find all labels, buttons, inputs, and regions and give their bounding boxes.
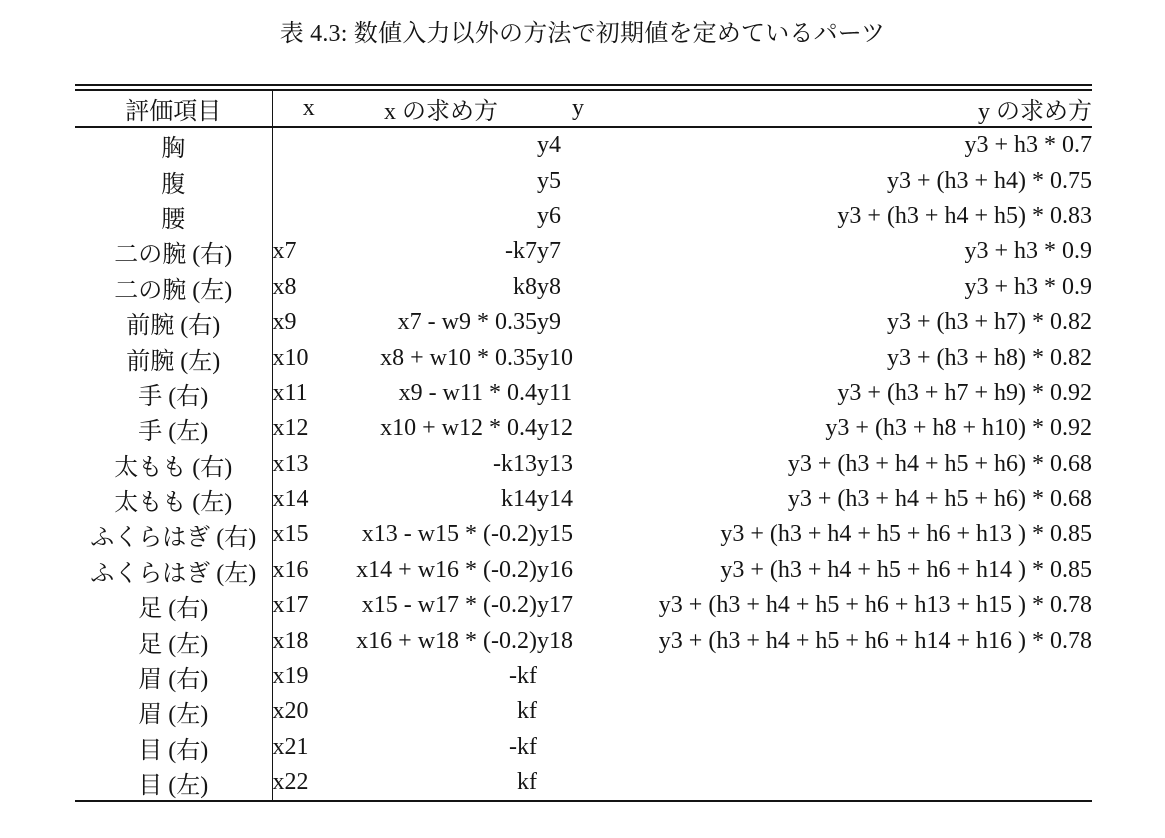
cell-x: x9	[272, 305, 345, 340]
cell-x-method	[345, 163, 537, 198]
table-row: 足 (右) x17 x15 - w17 * (-0.2) y17 y3 + (h…	[75, 588, 1092, 623]
cell-x: x17	[272, 588, 345, 623]
table-row: 手 (左) x12 x10 + w12 * 0.4 y12 y3 + (h3 +…	[75, 411, 1092, 446]
cell-y	[537, 765, 619, 801]
cell-x-method: k8	[345, 270, 537, 305]
cell-item: 眉 (右)	[75, 659, 272, 694]
cell-y: y9	[537, 305, 619, 340]
cell-y: y12	[537, 411, 619, 446]
cell-x: x14	[272, 482, 345, 517]
cell-x: x20	[272, 694, 345, 729]
cell-y-method: y3 + (h3 + h7 + h9) * 0.92	[619, 376, 1092, 411]
cell-y: y17	[537, 588, 619, 623]
cell-item: 胸	[75, 127, 272, 163]
cell-item: 太もも (左)	[75, 482, 272, 517]
table-row: 太もも (左) x14 k14 y14 y3 + (h3 + h4 + h5 +…	[75, 482, 1092, 517]
cell-y-method	[619, 730, 1092, 765]
cell-x: x19	[272, 659, 345, 694]
col-header-item: 評価項目	[75, 90, 272, 127]
table-row: 前腕 (左) x10 x8 + w10 * 0.35 y10 y3 + (h3 …	[75, 340, 1092, 375]
table-row: 腰 y6 y3 + (h3 + h4 + h5) * 0.83	[75, 199, 1092, 234]
cell-y	[537, 730, 619, 765]
cell-item: ふくらはぎ (右)	[75, 517, 272, 552]
table-row: 目 (左) x22 kf	[75, 765, 1092, 801]
cell-x-method: x13 - w15 * (-0.2)	[345, 517, 537, 552]
cell-y: y6	[537, 199, 619, 234]
cell-item: 手 (右)	[75, 376, 272, 411]
cell-item: 二の腕 (右)	[75, 234, 272, 269]
cell-y	[537, 694, 619, 729]
table-row: ふくらはぎ (左) x16 x14 + w16 * (-0.2) y16 y3 …	[75, 553, 1092, 588]
table-row: 太もも (右) x13 -k13 y13 y3 + (h3 + h4 + h5 …	[75, 447, 1092, 482]
table-row: 二の腕 (左) x8 k8 y8 y3 + h3 * 0.9	[75, 270, 1092, 305]
cell-x	[272, 199, 345, 234]
cell-y	[537, 659, 619, 694]
cell-x: x8	[272, 270, 345, 305]
cell-x-method	[345, 199, 537, 234]
cell-y-method: y3 + (h3 + h4) * 0.75	[619, 163, 1092, 198]
table-row: ふくらはぎ (右) x15 x13 - w15 * (-0.2) y15 y3 …	[75, 517, 1092, 552]
cell-y: y14	[537, 482, 619, 517]
cell-x-method: kf	[345, 694, 537, 729]
cell-x	[272, 127, 345, 163]
cell-item: 手 (左)	[75, 411, 272, 446]
cell-y: y18	[537, 623, 619, 658]
cell-y: y10	[537, 340, 619, 375]
cell-y-method: y3 + (h3 + h4 + h5 + h6 + h14 + h16 ) * …	[619, 623, 1092, 658]
cell-y-method: y3 + (h3 + h8) * 0.82	[619, 340, 1092, 375]
cell-y-method: y3 + h3 * 0.7	[619, 127, 1092, 163]
cell-y: y15	[537, 517, 619, 552]
cell-x-method: -k13	[345, 447, 537, 482]
cell-x-method: kf	[345, 765, 537, 801]
cell-item: 足 (左)	[75, 623, 272, 658]
cell-item: 目 (右)	[75, 730, 272, 765]
cell-y-method: y3 + (h3 + h4 + h5 + h6 + h13 + h15 ) * …	[619, 588, 1092, 623]
cell-x	[272, 163, 345, 198]
table-caption: 表 4.3: 数値入力以外の方法で初期値を定めているパーツ	[0, 13, 1165, 48]
cell-y-method	[619, 659, 1092, 694]
table-row: 目 (右) x21 -kf	[75, 730, 1092, 765]
cell-y-method: y3 + (h3 + h7) * 0.82	[619, 305, 1092, 340]
cell-x-method: -k7	[345, 234, 537, 269]
cell-x: x21	[272, 730, 345, 765]
table-header-row: 評価項目 x x の求め方 y y の求め方	[75, 90, 1092, 127]
cell-y-method: y3 + (h3 + h4 + h5 + h6) * 0.68	[619, 482, 1092, 517]
cell-x-method: -kf	[345, 730, 537, 765]
cell-y: y16	[537, 553, 619, 588]
cell-x-method: x9 - w11 * 0.4	[345, 376, 537, 411]
cell-x: x13	[272, 447, 345, 482]
cell-x-method	[345, 127, 537, 163]
cell-item: 眉 (左)	[75, 694, 272, 729]
cell-y-method: y3 + (h3 + h4 + h5 + h6) * 0.68	[619, 447, 1092, 482]
cell-x: x15	[272, 517, 345, 552]
col-header-y-method: y の求め方	[619, 90, 1092, 127]
cell-y-method: y3 + h3 * 0.9	[619, 270, 1092, 305]
cell-x-method: -kf	[345, 659, 537, 694]
cell-x-method: x8 + w10 * 0.35	[345, 340, 537, 375]
table-row: 手 (右) x11 x9 - w11 * 0.4 y11 y3 + (h3 + …	[75, 376, 1092, 411]
cell-item: 太もも (右)	[75, 447, 272, 482]
cell-x: x16	[272, 553, 345, 588]
table-row: 眉 (右) x19 -kf	[75, 659, 1092, 694]
cell-x: x11	[272, 376, 345, 411]
cell-item: ふくらはぎ (左)	[75, 553, 272, 588]
cell-x: x22	[272, 765, 345, 801]
cell-x-method: x15 - w17 * (-0.2)	[345, 588, 537, 623]
parts-table-wrapper: 評価項目 x x の求め方 y y の求め方 胸 y4 y3 + h3 * 0.…	[75, 84, 1092, 802]
cell-x: x10	[272, 340, 345, 375]
col-header-x: x	[272, 90, 345, 127]
cell-item: 腹	[75, 163, 272, 198]
cell-y: y4	[537, 127, 619, 163]
cell-x-method: k14	[345, 482, 537, 517]
table-row: 足 (左) x18 x16 + w18 * (-0.2) y18 y3 + (h…	[75, 623, 1092, 658]
table-row: 眉 (左) x20 kf	[75, 694, 1092, 729]
cell-item: 腰	[75, 199, 272, 234]
table-row: 腹 y5 y3 + (h3 + h4) * 0.75	[75, 163, 1092, 198]
cell-item: 前腕 (左)	[75, 340, 272, 375]
cell-y-method: y3 + (h3 + h8 + h10) * 0.92	[619, 411, 1092, 446]
cell-item: 二の腕 (左)	[75, 270, 272, 305]
cell-y-method: y3 + (h3 + h4 + h5) * 0.83	[619, 199, 1092, 234]
table-row: 前腕 (右) x9 x7 - w9 * 0.35 y9 y3 + (h3 + h…	[75, 305, 1092, 340]
cell-x-method: x14 + w16 * (-0.2)	[345, 553, 537, 588]
cell-item: 前腕 (右)	[75, 305, 272, 340]
cell-item: 足 (右)	[75, 588, 272, 623]
cell-y-method: y3 + (h3 + h4 + h5 + h6 + h14 ) * 0.85	[619, 553, 1092, 588]
parts-table: 評価項目 x x の求め方 y y の求め方 胸 y4 y3 + h3 * 0.…	[75, 89, 1092, 802]
table-row: 胸 y4 y3 + h3 * 0.7	[75, 127, 1092, 163]
cell-x: x18	[272, 623, 345, 658]
cell-y: y7	[537, 234, 619, 269]
table-row: 二の腕 (右) x7 -k7 y7 y3 + h3 * 0.9	[75, 234, 1092, 269]
cell-y: y8	[537, 270, 619, 305]
cell-x: x7	[272, 234, 345, 269]
cell-y-method: y3 + h3 * 0.9	[619, 234, 1092, 269]
cell-item: 目 (左)	[75, 765, 272, 801]
cell-x-method: x7 - w9 * 0.35	[345, 305, 537, 340]
col-header-x-method: x の求め方	[345, 90, 537, 127]
cell-x-method: x10 + w12 * 0.4	[345, 411, 537, 446]
cell-y-method	[619, 694, 1092, 729]
col-header-y: y	[537, 90, 619, 127]
cell-y-method	[619, 765, 1092, 801]
cell-y: y5	[537, 163, 619, 198]
cell-y-method: y3 + (h3 + h4 + h5 + h6 + h13 ) * 0.85	[619, 517, 1092, 552]
cell-x-method: x16 + w18 * (-0.2)	[345, 623, 537, 658]
cell-y: y13	[537, 447, 619, 482]
cell-x: x12	[272, 411, 345, 446]
cell-y: y11	[537, 376, 619, 411]
table-body: 胸 y4 y3 + h3 * 0.7 腹 y5 y3 + (h3 + h4) *…	[75, 127, 1092, 801]
